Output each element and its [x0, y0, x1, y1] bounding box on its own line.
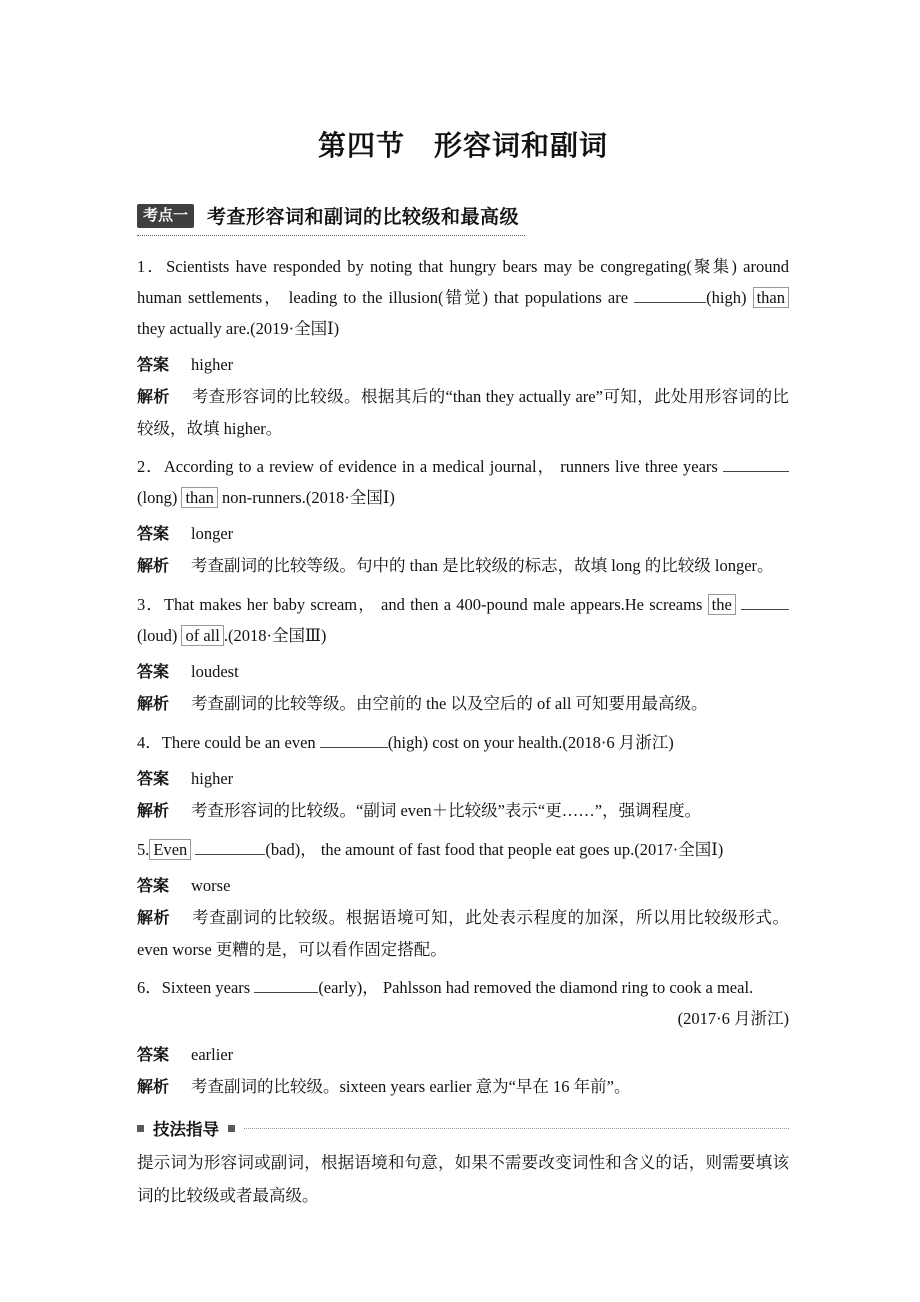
answer-blank	[723, 471, 789, 472]
answer-blank	[195, 854, 265, 855]
answer-text: higher	[191, 355, 233, 374]
bullet-square-icon	[137, 1125, 144, 1132]
bullet-square-icon	[228, 1125, 235, 1132]
answer-text: loudest	[191, 662, 239, 681]
exam-source: (2017·6 月浙江)	[137, 1003, 789, 1034]
question-list: 1．Scientists have responded by noting th…	[137, 251, 789, 1103]
analysis-label: 解析	[137, 558, 169, 575]
boxed-word: than	[753, 287, 789, 308]
analysis-label: 解析	[137, 910, 170, 927]
analysis-line: 解析考查副词的比较级。sixteen years earlier 意为“早在 1…	[137, 1071, 789, 1103]
boxed-word: Even	[149, 839, 191, 860]
question-stem: 2．According to a review of evidence in a…	[137, 451, 789, 513]
answer-line: 答案longer	[137, 518, 789, 550]
answer-text: higher	[191, 769, 233, 788]
analysis-line: 解析考查形容词的比较级。根据其后的“than they actually are…	[137, 381, 789, 444]
question-stem: 6．Sixteen years (early)， Pahlsson had re…	[137, 972, 789, 1003]
analysis-label: 解析	[137, 696, 169, 713]
page-title: 第四节 形容词和副词	[137, 126, 789, 168]
question-block: 5.Even (bad)， the amount of fast food th…	[137, 834, 789, 965]
analysis-text: 考查形容词的比较级。根据其后的“than they actually are”可…	[137, 387, 789, 438]
analysis-text: 考查形容词的比较级。“副词 even＋比较级”表示“更……”，强调程度。	[191, 801, 701, 820]
answer-label: 答案	[137, 878, 169, 895]
question-block: 3．That makes her baby scream， and then a…	[137, 589, 789, 720]
answer-blank	[741, 609, 789, 610]
analysis-label: 解析	[137, 803, 169, 820]
boxed-word: the	[708, 594, 736, 615]
question-stem: 4．There could be an even (high) cost on …	[137, 727, 789, 758]
section-header: 考点一 考查形容词和副词的比较级和最高级	[137, 202, 525, 236]
answer-blank	[634, 302, 706, 303]
answer-text: longer	[191, 524, 233, 543]
analysis-label: 解析	[137, 1079, 169, 1096]
analysis-label: 解析	[137, 389, 170, 406]
answer-text: worse	[191, 876, 230, 895]
answer-blank	[254, 992, 318, 993]
document-page: 第四节 形容词和副词 考点一 考查形容词和副词的比较级和最高级 1．Scient…	[137, 0, 789, 1212]
tips-label: 技法指导	[153, 1116, 219, 1140]
answer-label: 答案	[137, 526, 169, 543]
analysis-text: 考查副词的比较级。根据语境可知，此处表示程度的加深，所以用比较级形式。even …	[137, 908, 789, 959]
divider-line	[244, 1128, 789, 1129]
question-stem: 1．Scientists have responded by noting th…	[137, 251, 789, 344]
analysis-line: 解析考查副词的比较等级。由空前的 the 以及空后的 of all 可知要用最高…	[137, 688, 789, 720]
boxed-word: than	[181, 487, 217, 508]
answer-label: 答案	[137, 1047, 169, 1064]
answer-line: 答案worse	[137, 870, 789, 902]
answer-label: 答案	[137, 357, 169, 374]
answer-label: 答案	[137, 664, 169, 681]
answer-line: 答案earlier	[137, 1039, 789, 1071]
analysis-text: 考查副词的比较等级。句中的 than 是比较级的标志，故填 long 的比较级 …	[191, 556, 774, 575]
answer-line: 答案higher	[137, 763, 789, 795]
analysis-line: 解析考查副词的比较级。根据语境可知，此处表示程度的加深，所以用比较级形式。eve…	[137, 902, 789, 965]
question-stem: 3．That makes her baby scream， and then a…	[137, 589, 789, 651]
question-stem: 5.Even (bad)， the amount of fast food th…	[137, 834, 789, 865]
analysis-line: 解析考查形容词的比较级。“副词 even＋比较级”表示“更……”，强调程度。	[137, 795, 789, 827]
analysis-text: 考查副词的比较等级。由空前的 the 以及空后的 of all 可知要用最高级。	[191, 694, 708, 713]
topic-badge: 考点一	[137, 204, 194, 228]
answer-line: 答案loudest	[137, 656, 789, 688]
question-block: 4．There could be an even (high) cost on …	[137, 727, 789, 827]
section-heading: 考查形容词和副词的比较级和最高级	[207, 202, 519, 229]
answer-label: 答案	[137, 771, 169, 788]
tips-text: 提示词为形容词或副词，根据语境和句意，如果不需要改变词性和含义的话，则需要填该词…	[137, 1146, 789, 1212]
analysis-text: 考查副词的比较级。sixteen years earlier 意为“早在 16 …	[191, 1077, 630, 1096]
answer-line: 答案higher	[137, 349, 789, 381]
question-block: 6．Sixteen years (early)， Pahlsson had re…	[137, 972, 789, 1103]
question-block: 1．Scientists have responded by noting th…	[137, 251, 789, 444]
analysis-line: 解析考查副词的比较等级。句中的 than 是比较级的标志，故填 long 的比较…	[137, 550, 789, 582]
tips-header: 技法指导	[137, 1116, 789, 1140]
boxed-word: of all	[181, 625, 223, 646]
question-block: 2．According to a review of evidence in a…	[137, 451, 789, 582]
answer-blank	[320, 747, 388, 748]
answer-text: earlier	[191, 1045, 233, 1064]
